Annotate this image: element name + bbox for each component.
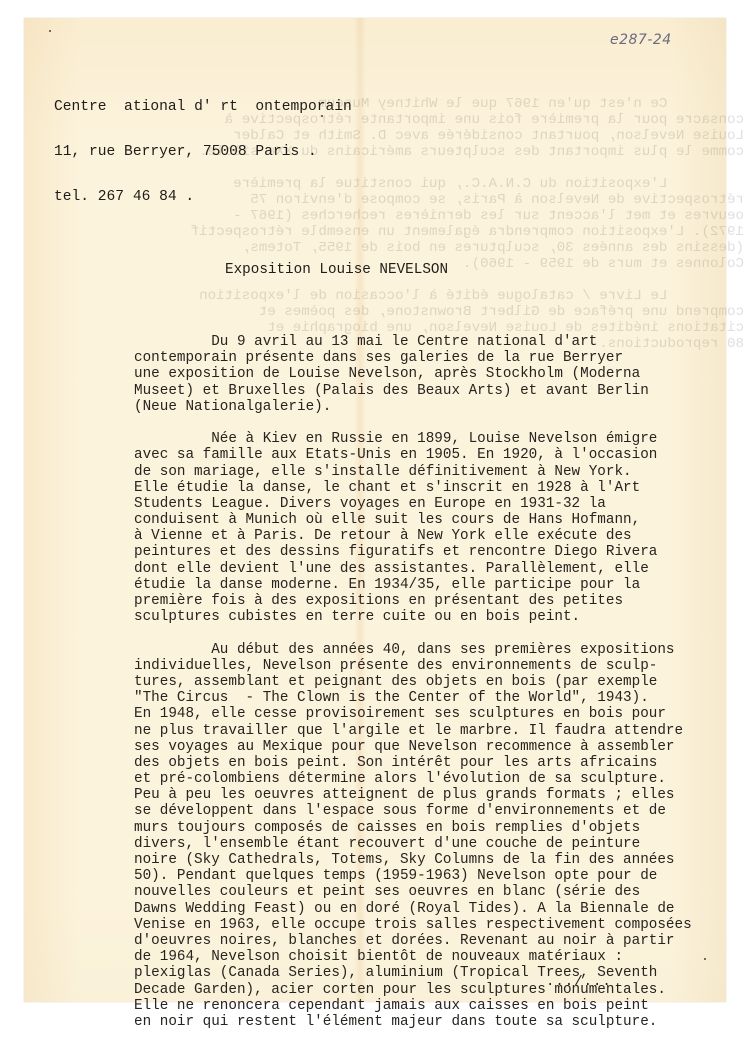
- text-line: une exposition de Louise Nevelson, après…: [134, 366, 692, 382]
- text-line: 50). Pendant quelques temps (1959-1963) …: [134, 868, 692, 884]
- bleed-through-line: Louise Nevelson, pourtant considérée ave…: [324, 128, 744, 144]
- text-line: peintures et des dessins figuratifs et r…: [134, 544, 692, 560]
- text-line: Museet) et Bruxelles (Palais des Beaux A…: [134, 383, 692, 399]
- text-line: étudie la danse moderne. En 1934/35, ell…: [134, 577, 692, 593]
- text-line: divers, l'ensemble étant recouvert d'une…: [134, 836, 692, 852]
- bleed-through-text: Ce n'est qu'en 1967 que le Whitney Museu…: [324, 96, 744, 352]
- text-line: d'oeuvres noires, blanches et dorées. Re…: [134, 933, 692, 949]
- archive-reference-annotation: e287-24: [610, 32, 672, 48]
- text-line: Students League. Divers voyages en Europ…: [134, 496, 692, 512]
- text-line: (Neue Nationalgalerie).: [134, 399, 692, 415]
- letterhead-address: 11, rue Berryer, 75008 Paris .: [54, 145, 352, 160]
- text-line: Peu à peu les oeuvres atteignent de plus…: [134, 787, 692, 803]
- continuation-mark: .../...: [546, 974, 612, 990]
- text-line: "The Circus - The Clown is the Center of…: [134, 690, 692, 706]
- text-line: conduisent à Munich où elle suit les cou…: [134, 512, 692, 528]
- text-line: Elle étudie la danse, le chant et s'insc…: [134, 480, 692, 496]
- bleed-through-line: consacre pour la première fois une impor…: [324, 112, 744, 128]
- text-line: En 1948, elle cesse provisoirement ses s…: [134, 706, 692, 722]
- bleed-through-line: Le Livre / catalogue édité à l'occasion …: [324, 288, 744, 304]
- bleed-through-line: Ce n'est qu'en 1967 que le Whitney Museu…: [324, 96, 744, 112]
- text-line: de 1964, Nevelson choisit bientôt de nou…: [134, 949, 692, 965]
- bleed-through-line: rétrospective de Nevelson à Paris, se co…: [324, 192, 744, 208]
- text-line: Elle ne renoncera cependant jamais aux c…: [134, 998, 692, 1014]
- paragraph: Née à Kiev en Russie en 1899, Louise Nev…: [134, 431, 692, 625]
- text-line: dont elle devient l'une des assistantes.…: [134, 561, 692, 577]
- text-line: ne plus travailler que l'argile et le ma…: [134, 723, 692, 739]
- letterhead-phone: tel. 267 46 84 .: [54, 190, 352, 205]
- bleed-through-line: 1972). L'exposition comprendra également…: [324, 224, 744, 240]
- bleed-through-line: (dessins des années 30, sculptures en bo…: [324, 240, 744, 256]
- text-line: de son mariage, elle s'installe définiti…: [134, 464, 692, 480]
- text-line: à Vienne et à Paris. De retour à New Yor…: [134, 528, 692, 544]
- text-line: Née à Kiev en Russie en 1899, Louise Nev…: [134, 431, 692, 447]
- text-line: se développent dans l'espace sous forme …: [134, 803, 692, 819]
- text-line: Au début des années 40, dans ses premièr…: [134, 642, 692, 658]
- document-title: Exposition Louise NEVELSON: [225, 262, 448, 278]
- text-line: sculptures cubistes en terre cuite ou en…: [134, 609, 692, 625]
- text-line: Venise en 1963, elle occupe trois salles…: [134, 917, 692, 933]
- bleed-through-line: [324, 160, 744, 176]
- paper-speck: [704, 958, 706, 960]
- paper-speck: [49, 30, 51, 32]
- text-line: en noir qui restent l'élément majeur dan…: [134, 1014, 692, 1024]
- document-page: e287-24 Ce n'est qu'en 1967 que le Whitn…: [24, 18, 726, 1002]
- paragraph: Du 9 avril au 13 mai le Centre national …: [134, 334, 692, 415]
- letterhead: Centre ational d' rt ontemporain 11, rue…: [54, 70, 352, 235]
- text-line: Du 9 avril au 13 mai le Centre national …: [134, 334, 692, 350]
- bleed-through-line: comprend une préface de Gilbert Brownsto…: [324, 304, 744, 320]
- paragraph: Au début des années 40, dans ses premièr…: [134, 642, 692, 1024]
- document-body: Du 9 avril au 13 mai le Centre national …: [134, 334, 692, 1024]
- bleed-through-line: L'exposition du C.N.A.C., qui constitue …: [324, 176, 744, 192]
- text-line: nouvelles couleurs et peint ses oeuvres …: [134, 884, 692, 900]
- text-line: avec sa famille aux Etats-Unis en 1905. …: [134, 447, 692, 463]
- paper-speck: [321, 115, 323, 117]
- text-line: première fois à des expositions en prése…: [134, 593, 692, 609]
- bleed-through-line: comme le plus important des sculpteurs a…: [324, 144, 744, 160]
- bleed-through-line: oeuvres et met l'accent sur les dernière…: [324, 208, 744, 224]
- text-line: tures, assemblant et peignant des objets…: [134, 674, 692, 690]
- text-line: ses voyages au Mexique pour que Nevelson…: [134, 739, 692, 755]
- text-line: des objets en bois peint. Son intérêt po…: [134, 755, 692, 771]
- text-line: murs toujours composés de caisses en boi…: [134, 820, 692, 836]
- letterhead-organization: Centre ational d' rt ontemporain: [54, 100, 352, 115]
- text-line: contemporain présente dans ses galeries …: [134, 350, 692, 366]
- text-line: noire (Sky Cathedrals, Totems, Sky Colum…: [134, 852, 692, 868]
- text-line: Dawns Wedding Feast) ou en doré (Royal T…: [134, 901, 692, 917]
- text-line: et pré-colombiens détermine alors l'évol…: [134, 771, 692, 787]
- text-line: individuelles, Nevelson présente des env…: [134, 658, 692, 674]
